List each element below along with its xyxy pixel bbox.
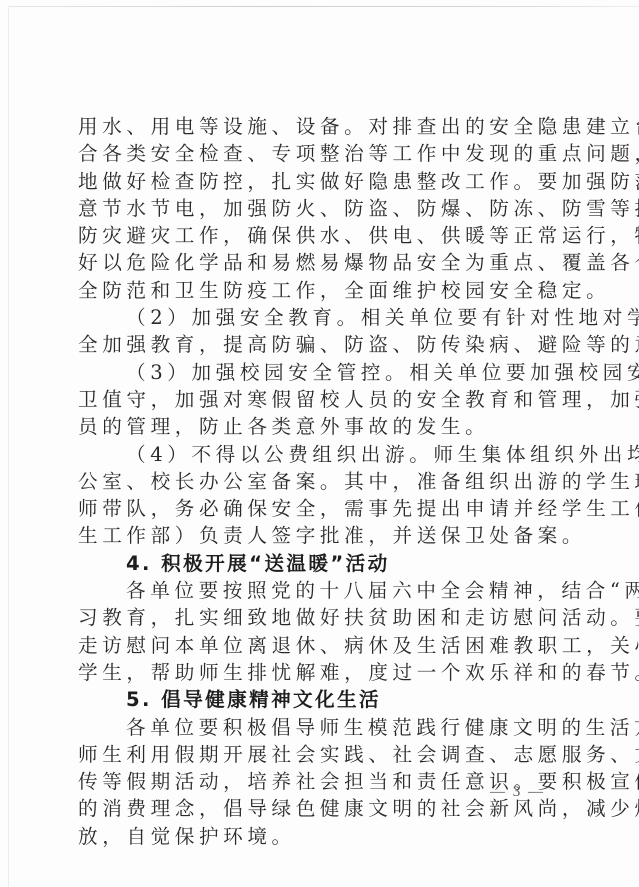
body-line: 卫值守，加强对寒假留校人员的安全教育和管理，加强对外来人 xyxy=(78,386,562,413)
body-line: 生工作部）负责人签字批准，并送保卫处备案。 xyxy=(78,522,562,549)
body-line: 师生利用假期开展社会实践、社会调查、志愿服务、文明礼仪宣 xyxy=(78,741,562,768)
section-heading-4: 4. 积极开展“送温暖”活动 xyxy=(78,550,562,577)
body-line: 放，自觉保护环境。 xyxy=(78,823,562,850)
body-line: 走访慰问本单位离退休、病休及生活困难教职工，关心生活困难 xyxy=(78,632,562,659)
body-line: 好以危险化学品和易燃易爆物品安全为重点、覆盖各个领域的安 xyxy=(78,249,562,276)
body-line: 员的管理，防止各类意外事故的发生。 xyxy=(78,413,562,440)
body-line: 合各类安全检查、专项整治等工作中发现的重点问题，持续深入 xyxy=(78,140,562,167)
body-line: 全加强教育，提高防骗、防盗、防传染病、避险等的意识和能力。 xyxy=(78,331,562,358)
body-line: 全防范和卫生防疫工作，全面维护校园安全稳定。 xyxy=(78,277,562,304)
document-body: 用水、用电等设施、设备。对排查出的安全隐患建立台账，要结 合各类安全检查、专项整… xyxy=(78,113,562,850)
paragraph-start: 各单位要积极倡导师生模范践行健康文明的生活方式，引导 xyxy=(78,714,562,741)
body-line: 习教育，扎实细致地做好扶贫助困和走访慰问活动。要有计划地 xyxy=(78,604,562,631)
body-line: 意节水节电，加强防火、防盗、防爆、防冻、防雪等措施，做好 xyxy=(78,195,562,222)
body-line: 师带队，务必确保安全，需事先提出申请并经学生工作部（研究 xyxy=(78,495,562,522)
body-line: 防灾避灾工作，确保供水、供电、供暖等正常运行，特别注意做 xyxy=(78,222,562,249)
page-number: — 3 — xyxy=(490,784,545,801)
body-line: 用水、用电等设施、设备。对排查出的安全隐患建立台账，要结 xyxy=(78,113,562,140)
section-heading-5: 5. 倡导健康精神文化生活 xyxy=(78,686,562,713)
body-line: 公室、校长办公室备案。其中，准备组织出游的学生班级须由教 xyxy=(78,468,562,495)
list-item-2: （2）加强安全教育。相关单位要有针对性地对学生的出行安 xyxy=(78,304,562,331)
page-edge-left xyxy=(8,6,9,887)
body-line: 地做好检查防控，扎实做好隐患整改工作。要加强防范措施，注 xyxy=(78,168,562,195)
body-line: 学生，帮助师生排忧解难，度过一个欢乐祥和的春节。 xyxy=(78,659,562,686)
list-item-4: （4）不得以公费组织出游。师生集体组织外出均须报党委办 xyxy=(78,441,562,468)
paragraph-start: 各单位要按照党的十八届六中全会精神，结合“两学一做”学 xyxy=(78,577,562,604)
page-edge xyxy=(8,6,639,7)
list-item-3: （3）加强校园安全管控。相关单位要加强校园安全巡查和门 xyxy=(78,359,562,386)
